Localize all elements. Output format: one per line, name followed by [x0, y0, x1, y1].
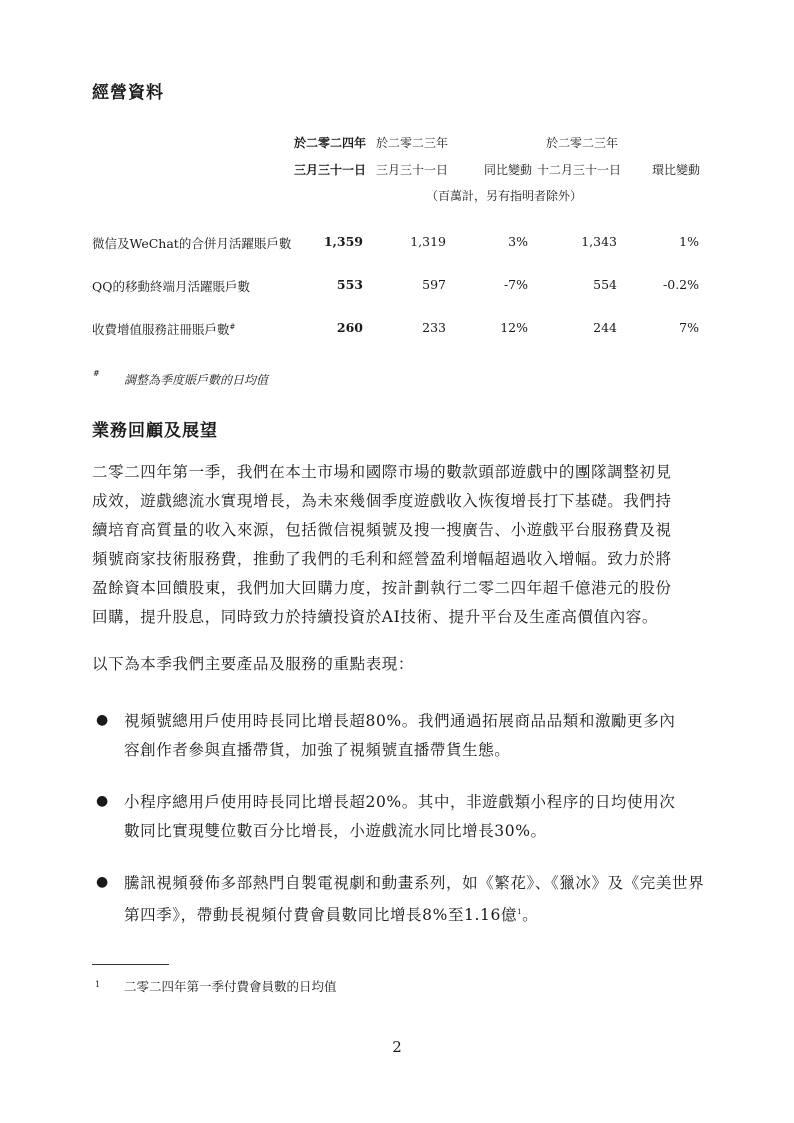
row-label: QQ的移動終端月活躍賬戶數: [92, 277, 250, 295]
cell-2024q1: 553: [283, 277, 363, 292]
col1-header-line2: 三月三十一日: [294, 163, 366, 177]
cell-2024q1: 260: [283, 320, 363, 335]
bullet-text: 騰訊視頻發佈多部熱門自製電視劇和動畫系列，如《繁花》、《獵冰》及《完美世界 第四…: [124, 869, 714, 930]
bullet-line: 騰訊視頻發佈多部熱門自製電視劇和動畫系列，如《繁花》、《獵冰》及《完美世界: [124, 869, 714, 898]
bullet-icon: ●: [96, 874, 108, 890]
col2-header-line2: 三月三十一日: [376, 163, 448, 177]
cell-2023q4: 244: [537, 320, 617, 335]
footnote-text: 二零二四年第一季付費會員數的日均值: [124, 977, 337, 995]
col4-header-line2: 十二月三十一日: [537, 163, 621, 177]
row-label: 微信及WeChat的合併月活躍賬戶數: [92, 234, 291, 252]
paragraph-line: 盈餘資本回饋股東，我們加大回購力度，按計劃執行二零二四年超千億港元的股份: [92, 574, 712, 603]
section-title-business-review: 業務回顧及展望: [92, 416, 218, 441]
col4-header-line1: 於二零二三年: [546, 136, 618, 150]
cell-2023q1: 1,319: [366, 234, 446, 249]
paragraph-line: 續培育高質量的收入來源，包括微信視頻號及搜一搜廣告、小遊戲平台服務費及視: [92, 516, 712, 545]
bullet-line: 小程序總用戶使用時長同比增長超20%。其中，非遊戲類小程序的日均使用次: [124, 788, 714, 817]
cell-2023q4: 1,343: [537, 234, 617, 249]
row-label-text: 收費增值服務註冊賬戶數: [92, 322, 230, 337]
col2-header-line1: 於二零二三年: [376, 136, 448, 150]
bullet-text: 小程序總用戶使用時長同比增長超20%。其中，非遊戲類小程序的日均使用次 數同比實…: [124, 788, 714, 846]
cell-qoq: 7%: [619, 320, 699, 335]
paragraph-line: 成效，遊戲總流水實現增長，為未來幾個季度遊戲收入恢復增長打下基礎。我們持: [92, 487, 712, 516]
bullet-line: 數同比實現雙位數百分比增長，小遊戲流水同比增長30%。: [124, 817, 714, 846]
paragraph-line: 頻號商家技術服務費，推動了我們的毛利和經營盈利增幅超過收入增幅。致力於將: [92, 545, 712, 574]
review-paragraph: 二零二四年第一季，我們在本土市場和國際市場的數款頭部遊戲中的團隊調整初見 成效，…: [92, 458, 712, 632]
col3-header-line2: 同比變動: [484, 163, 532, 177]
cell-qoq: -0.2%: [619, 277, 699, 292]
paragraph-line: 回購，提升股息，同時致力於持續投資於AI技術、提升平台及生產高價值內容。: [92, 603, 712, 632]
bullet-line: 容創作者參與直播帶貨，加強了視頻號直播帶貨生態。: [124, 736, 714, 765]
col5-header-line2: 環比變動: [652, 163, 700, 177]
footnote-divider: [92, 964, 169, 965]
section-title-operating-data: 經營資料: [92, 78, 164, 103]
unit-note: （百萬計，另有指明者除外）: [426, 189, 582, 203]
bullet-line-tail: 。: [522, 906, 538, 924]
cell-2023q1: 597: [366, 277, 446, 292]
cell-2024q1: 1,359: [283, 234, 363, 249]
cell-2023q1: 233: [366, 320, 446, 335]
cell-yoy: -7%: [448, 277, 528, 292]
table-note-text: 調整為季度賬戶數的日均值: [124, 371, 268, 388]
bullet-line-text: 第四季》，帶動長視頻付費會員數同比增長8%至1.16億: [124, 906, 517, 924]
bullet-line: 視頻號總用戶使用時長同比增長超80%。我們通過拓展商品品類和激勵更多內: [124, 707, 714, 736]
paragraph-line: 二零二四年第一季，我們在本土市場和國際市場的數款頭部遊戲中的團隊調整初見: [92, 458, 712, 487]
page-number: 2: [0, 1038, 794, 1056]
document-page: 經營資料 於二零二四年 三月三十一日 於二零二三年 三月三十一日 同比變動 於二…: [0, 0, 794, 1123]
bullet-icon: ●: [96, 712, 108, 728]
bullet-line-with-footnote: 第四季》，帶動長視頻付費會員數同比增長8%至1.16億1。: [124, 898, 714, 930]
highlights-intro: 以下為本季我們主要產品及服務的重點表現：: [92, 650, 712, 679]
row-label-mark: #: [230, 323, 236, 331]
table-note-mark: #: [93, 369, 100, 378]
bullet-text: 視頻號總用戶使用時長同比增長超80%。我們通過拓展商品品類和激勵更多內 容創作者…: [124, 707, 714, 765]
footnote-mark: 1: [95, 980, 100, 989]
cell-qoq: 1%: [619, 234, 699, 249]
col1-header-line1: 於二零二四年: [294, 136, 366, 150]
bullet-icon: ●: [96, 793, 108, 809]
cell-yoy: 3%: [448, 234, 528, 249]
cell-2023q4: 554: [537, 277, 617, 292]
row-label: 收費增值服務註冊賬戶數#: [92, 320, 235, 338]
cell-yoy: 12%: [448, 320, 528, 335]
